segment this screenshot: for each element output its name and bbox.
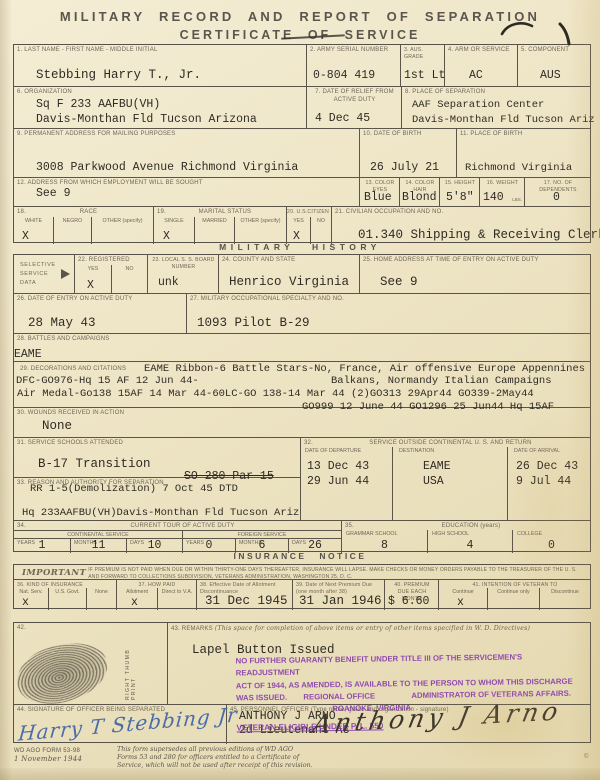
field-16-value: 140 xyxy=(483,191,504,204)
field-25-home-address: 25. HOME ADDRESS AT TIME OF ENTRY ON ACT… xyxy=(359,255,590,293)
field-40-premium: 40. PREMIUM DUE EACH MONTH $ 6.60 xyxy=(384,580,438,610)
field-2-serial: 2. ARMY SERIAL NUMBER 0-804 419 xyxy=(306,45,400,86)
field-33-line2: Hq 233AAFBU(VH)Davis-Monthan Fld Tucson … xyxy=(22,507,299,519)
field-44-officer-signature: 44. SIGNATURE OF OFFICER BEING SEPARATED… xyxy=(14,705,226,744)
row-18-21: 18. RACE WHITE X NEGRO OTHER (specify) xyxy=(14,206,590,244)
field-7-label: 7. DATE OF RELIEF FROM ACTIVE DUTY xyxy=(307,87,401,105)
field-8-value-line2: Davis-Monthan Fld Tucson Ariz xyxy=(412,114,595,126)
continue-only-label: Continue only xyxy=(488,588,539,595)
race-white-mark: X xyxy=(22,230,29,243)
field-3-value: 1st Lt xyxy=(404,69,445,82)
field-13-eyes: 13. COLOR EYES Blue xyxy=(359,178,399,206)
identity-table: 1. LAST NAME - FIRST NAME - MIDDLE INITI… xyxy=(13,44,591,243)
allotment-label: Allotment xyxy=(117,588,157,595)
field-34-tour: 34. CURRENT TOUR OF ACTIVE DUTY CONTINEN… xyxy=(14,521,341,553)
stain-left-edge xyxy=(0,0,12,780)
race-other-label: OTHER (specify) xyxy=(92,217,153,224)
marital-single-mark: X xyxy=(163,230,170,243)
field-31-value: B-17 Transition xyxy=(38,457,151,471)
field-17-value: 0 xyxy=(553,191,560,204)
field-22-subcolumns: YES X NO xyxy=(75,265,147,293)
field-2-label: 2. ARMY SERIAL NUMBER xyxy=(307,45,400,55)
field-5-value: AUS xyxy=(540,69,561,82)
continue-label: Continue xyxy=(439,588,487,595)
departure-value-2: 29 Jun 44 xyxy=(307,475,369,488)
marital-married-cell: MARRIED xyxy=(194,217,234,244)
field-21-occupation: 21. CIVILIAN OCCUPATION AND NO. 01.340 S… xyxy=(331,207,590,244)
field-3-grade: 3. AUS. GRADE 1st Lt xyxy=(400,45,444,86)
row-31-33-32: 31. SERVICE SCHOOLS ATTENDED B-17 Transi… xyxy=(14,437,590,520)
right-thumb-print-label: RIGHT THUMB PRINT xyxy=(125,628,137,700)
field-29-line1: EAME Ribbon-6 Battle Stars-No, France, A… xyxy=(144,363,585,375)
field-33-so-value: SO 280 Par 15 xyxy=(184,470,274,483)
field-33-reason: 33. REASON AND AUTHORITY FOR SEPARATION … xyxy=(14,477,300,520)
field-43-title: 43. REMARKS xyxy=(171,626,213,632)
field-20-subcolumns: YES X NO xyxy=(287,217,331,244)
field-24-county: 24. COUNTY AND STATE Henrico Virginia xyxy=(218,255,359,293)
continue-mark: x xyxy=(457,596,464,609)
field-27-specialty: 27. MILITARY OCCUPATIONAL SPECIALTY AND … xyxy=(186,294,590,333)
field-10-label: 10. DATE OF BIRTH xyxy=(360,129,456,139)
field-25-value: See 9 xyxy=(380,275,418,289)
grammar-school-label: GRAMMAR SCHOOL xyxy=(342,530,427,537)
arrival-value-2: 9 Jul 44 xyxy=(516,475,571,488)
field-15-value: 5'8" xyxy=(446,191,474,204)
race-white-cell: WHITE X xyxy=(14,217,53,244)
field-38-value: 31 Dec 1945 xyxy=(205,594,288,608)
direct-va-label: Direct to V.A. xyxy=(158,588,196,595)
discontinue-cell: Discontinue xyxy=(539,588,590,610)
field-19-subcolumns: SINGLE X MARRIED OTHER (specify) xyxy=(154,217,286,244)
field-13-value: Blue xyxy=(364,191,392,204)
race-other-cell: OTHER (specify) xyxy=(91,217,153,244)
stain-bottom-edge xyxy=(0,768,600,780)
field-12-value: See 9 xyxy=(36,187,71,200)
discontinue-label: Discontinue xyxy=(540,588,590,595)
field-36-subcolumns: Nat. Serv. x U.S. Govt. None xyxy=(14,588,116,610)
field-18-subcolumns: WHITE X NEGRO OTHER (specify) xyxy=(14,217,153,244)
destination-value-1: EAME xyxy=(423,460,451,473)
field-11-label: 11. PLACE OF BIRTH xyxy=(457,129,590,139)
field-41-intention: 41. INTENTION OF VETERAN TO Continue x C… xyxy=(438,580,590,610)
field-11-value: Richmond Virginia xyxy=(465,162,572,174)
arrival-column: DATE OF ARRIVAL 26 Dec 43 9 Jul 44 xyxy=(507,447,590,520)
destination-value-2: USA xyxy=(423,475,444,488)
arrival-value-1: 26 Dec 43 xyxy=(516,460,578,473)
registered-yes-label: YES xyxy=(75,265,111,272)
pen-marks-icon xyxy=(492,16,584,52)
marital-single-cell: SINGLE X xyxy=(154,217,194,244)
field-14-hair: 14. COLOR HAIR Blond xyxy=(399,178,439,206)
citizen-yes-mark: X xyxy=(293,230,300,243)
field-21-label: 21. CIVILIAN OCCUPATION AND NO. xyxy=(332,207,590,217)
stamp-regional-office: REGIONAL OFFICE xyxy=(303,691,375,701)
field-43-note: (This space for completion of above item… xyxy=(215,625,530,632)
field-7-date-relief: 7. DATE OF RELIEF FROM ACTIVE DUTY 4 Dec… xyxy=(306,87,401,128)
field-23-board: 23. LOCAL S. S. BOARD NUMBER unk xyxy=(147,255,218,293)
row-28: 28. BATTLES AND CAMPAIGNS EAME xyxy=(14,333,590,361)
registered-yes-mark: X xyxy=(87,279,94,292)
field-29-decorations: 29. DECORATIONS AND CITATIONS EAME Ribbo… xyxy=(14,362,590,407)
field-14-value: Blond xyxy=(402,191,437,204)
field-23-value: unk xyxy=(158,276,179,289)
college-cell: COLLEGE 0 xyxy=(512,530,590,553)
row-36-41: 36. KIND OF INSURANCE Nat. Serv. x U.S. … xyxy=(14,579,590,610)
none-cell: None xyxy=(86,588,116,610)
row-12-17: 12. ADDRESS FROM WHICH EMPLOYMENT WILL B… xyxy=(14,177,590,206)
destination-label: DESTINATION xyxy=(393,447,507,454)
field-39-value: 31 Jan 1946 xyxy=(299,594,382,608)
nat-serv-label: Nat. Serv. xyxy=(14,588,48,595)
high-school-cell: HIGH SCHOOL 4 xyxy=(427,530,512,553)
field-31-label: 31. SERVICE SCHOOLS ATTENDED xyxy=(14,438,300,448)
high-school-label: HIGH SCHOOL xyxy=(428,530,512,537)
race-white-label: WHITE xyxy=(14,217,53,224)
field-26-value: 28 May 43 xyxy=(28,316,96,330)
field-23-label: 23. LOCAL S. S. BOARD NUMBER xyxy=(148,255,218,271)
arrival-label: DATE OF ARRIVAL xyxy=(508,447,590,454)
field-39-next-premium: 39. Date of Next Premium Due (one month … xyxy=(292,580,384,610)
row-26-27: 26. DATE OF ENTRY ON ACTIVE DUTY 28 May … xyxy=(14,293,590,333)
field-17-dependents: 17. NO. OF DEPENDENTS 0 xyxy=(524,178,590,206)
field-26-label: 26. DATE OF ENTRY ON ACTIVE DUTY xyxy=(14,294,186,304)
us-govt-label: U.S. Govt. xyxy=(49,588,86,595)
arrow-right-icon xyxy=(61,269,70,279)
field-3-label: 3. AUS. GRADE xyxy=(401,45,444,61)
field-1-value: Stebbing Harry T., Jr. xyxy=(36,68,201,82)
field-19-title: MARITAL STATUS xyxy=(166,209,284,217)
nat-serv-cell: Nat. Serv. x xyxy=(14,588,48,610)
education-columns: GRAMMAR SCHOOL 8 HIGH SCHOOL 4 COLLEGE 0 xyxy=(342,530,590,553)
field-4-value: AC xyxy=(469,69,483,82)
important-row: IMPORTANT IF PREMIUM IS NOT PAID WHEN DU… xyxy=(14,565,590,579)
registered-yes-cell: YES X xyxy=(75,265,111,293)
field-8-value-line1: AAF Separation Center xyxy=(412,99,544,111)
field-29-line4: GO999 12 June 44 GO1296 25 Jun44 Hq 15AF xyxy=(302,401,554,413)
selective-line3: DATA xyxy=(20,279,74,288)
field-19-label: 19. MARITAL STATUS xyxy=(154,207,286,217)
signature-table: 42. RIGHT THUMB PRINT 43. REMARKS (This … xyxy=(13,622,591,743)
race-negro-label: NEGRO xyxy=(54,217,91,224)
field-9-value: 3008 Parkwood Avenue Richmond Virginia xyxy=(36,161,298,174)
important-text: IF PREMIUM IS NOT PAID WHEN DUE OR WITHI… xyxy=(86,565,590,579)
field-18-race: 18. RACE WHITE X NEGRO OTHER (specify) xyxy=(14,207,153,244)
field-16-label: 16. WEIGHT xyxy=(480,178,524,187)
field-26-entry-date: 26. DATE OF ENTRY ON ACTIVE DUTY 28 May … xyxy=(14,294,186,333)
field-22-registered: 22. REGISTERED YES X NO xyxy=(74,255,147,293)
field-9-address: 9. PERMANENT ADDRESS FOR MAILING PURPOSE… xyxy=(14,129,359,177)
printer-mark: © xyxy=(584,754,588,760)
field-24-label: 24. COUNTY AND STATE xyxy=(219,255,359,265)
field-20-label: 20. U.S.CITIZEN xyxy=(287,207,331,216)
citizen-no-label: NO xyxy=(311,217,331,224)
field-11-birth-place: 11. PLACE OF BIRTH Richmond Virginia xyxy=(456,129,590,177)
field-10-value: 26 July 21 xyxy=(370,161,439,174)
field-18-title: RACE xyxy=(26,209,151,217)
field-40-value: $ 6.60 xyxy=(388,595,429,608)
field-27-label: 27. MILITARY OCCUPATIONAL SPECIALTY AND … xyxy=(187,294,590,304)
field-8-label: 8. PLACE OF SEPARATION xyxy=(402,87,590,97)
form-number-block: WD AGO FORM 53-98 1 November 1944 xyxy=(14,747,82,765)
field-35-education: 35. EDUCATION (years) GRAMMAR SCHOOL 8 H… xyxy=(341,521,590,553)
field-2-value: 0-804 419 xyxy=(313,69,375,82)
field-12-employment: 12. ADDRESS FROM WHICH EMPLOYMENT WILL B… xyxy=(14,178,359,206)
field-41-subcolumns: Continue x Continue only Discontinue xyxy=(439,588,590,610)
field-6-value-line1: Sq F 233 AAFBU(VH) xyxy=(36,98,160,111)
insurance-notice-banner: INSURANCE NOTICE xyxy=(0,551,600,561)
continue-cell: Continue x xyxy=(439,588,487,610)
none-label: None xyxy=(87,588,116,595)
field-33-line1: RR 1-5(Demolization) 7 Oct 45 DTD xyxy=(30,483,238,495)
row-22-25: SELECTIVE SERVICE DATA 22. REGISTERED YE… xyxy=(14,255,590,293)
field-10-birth-date: 10. DATE OF BIRTH 26 July 21 xyxy=(359,129,456,177)
field-19-marital: 19. MARITAL STATUS SINGLE X MARRIED OTHE… xyxy=(153,207,286,244)
field-29-line2b: Balkans, Normandy Italian Campaigns xyxy=(331,375,552,387)
military-history-table: SELECTIVE SERVICE DATA 22. REGISTERED YE… xyxy=(13,254,591,552)
row-29: 29. DECORATIONS AND CITATIONS EAME Ribbo… xyxy=(14,361,590,407)
field-29-line3: Air Medal-Go138 15AF 14 Mar 44-60LC-GO 1… xyxy=(17,388,534,400)
thumbprint-image xyxy=(10,635,113,713)
continue-only-cell: Continue only xyxy=(487,588,539,610)
field-42-thumbprint: 42. RIGHT THUMB PRINT xyxy=(14,623,167,704)
field-36-kind: 36. KIND OF INSURANCE Nat. Serv. x U.S. … xyxy=(14,580,116,610)
field-20-citizen: 20. U.S.CITIZEN YES X NO xyxy=(286,207,331,244)
marital-single-label: SINGLE xyxy=(154,217,194,224)
separation-document: MILITARY RECORD AND REPORT OF SEPARATION… xyxy=(0,0,600,780)
field-19-number: 19. xyxy=(157,209,166,217)
direct-va-cell: Direct to V.A. xyxy=(157,588,196,610)
field-7-value: 4 Dec 45 xyxy=(315,112,370,125)
form-number: WD AGO FORM 53-98 xyxy=(14,747,82,755)
field-37-subcolumns: Allotment x Direct to V.A. xyxy=(117,588,196,610)
stamp-was-issued: WAS ISSUED. xyxy=(236,693,287,703)
selective-service-cell: SELECTIVE SERVICE DATA xyxy=(14,255,74,293)
departure-label: DATE OF DEPARTURE xyxy=(301,447,392,454)
citizen-no-cell: NO xyxy=(310,217,331,244)
field-28-value: EAME xyxy=(14,348,42,361)
us-govt-cell: U.S. Govt. xyxy=(48,588,86,610)
left-column-31-33: 31. SERVICE SCHOOLS ATTENDED B-17 Transi… xyxy=(14,438,300,520)
field-6-value-line2: Davis-Monthan Fld Tucson Arizona xyxy=(36,113,257,126)
row-34-35: 34. CURRENT TOUR OF ACTIVE DUTY CONTINEN… xyxy=(14,520,590,553)
field-9-label: 9. PERMANENT ADDRESS FOR MAILING PURPOSE… xyxy=(14,129,359,139)
grammar-school-cell: GRAMMAR SCHOOL 8 xyxy=(342,530,427,553)
field-28-battles: 28. BATTLES AND CAMPAIGNS EAME xyxy=(14,334,590,361)
field-38-discontinuance: 38. Effective Date of Allotment Disconti… xyxy=(196,580,292,610)
departure-value-1: 13 Dec 43 xyxy=(307,460,369,473)
field-24-value: Henrico Virginia xyxy=(229,275,349,289)
form-date: 1 November 1944 xyxy=(14,755,82,764)
field-15-height: 15. HEIGHT 5'8" xyxy=(439,178,479,206)
field-1-name: 1. LAST NAME - FIRST NAME - MIDDLE INITI… xyxy=(14,45,306,86)
marital-other-label: OTHER (specify) xyxy=(235,217,286,224)
field-37-how-paid: 37. HOW PAID Allotment x Direct to V.A. xyxy=(116,580,196,610)
field-43-label: 43. REMARKS (This space for completion o… xyxy=(168,623,590,634)
field-6-label: 6. ORGANIZATION xyxy=(14,87,306,97)
field-8-place-separation: 8. PLACE OF SEPARATION AAF Separation Ce… xyxy=(401,87,590,128)
field-28-label: 28. BATTLES AND CAMPAIGNS xyxy=(14,334,590,344)
field-32-overseas: 32. SERVICE OUTSIDE CONTINENTAL U. S. AN… xyxy=(300,438,590,520)
field-6-organization: 6. ORGANIZATION Sq F 233 AAFBU(VH) Davis… xyxy=(14,87,306,128)
race-negro-cell: NEGRO xyxy=(53,217,91,244)
college-label: COLLEGE xyxy=(513,530,590,537)
field-29-label: 29. DECORATIONS AND CITATIONS xyxy=(17,364,128,374)
field-32-subcolumns: DATE OF DEPARTURE 13 Dec 43 29 Jun 44 DE… xyxy=(301,447,590,520)
insurance-table: IMPORTANT IF PREMIUM IS NOT PAID WHEN DU… xyxy=(13,564,591,609)
important-label: IMPORTANT xyxy=(14,565,86,579)
destination-column: DESTINATION EAME USA xyxy=(392,447,507,520)
field-15-label: 15. HEIGHT xyxy=(440,178,479,187)
field-27-value: 1093 Pilot B-29 xyxy=(197,316,310,330)
registered-no-cell: NO xyxy=(111,265,147,293)
military-history-banner: MILITARY HISTORY xyxy=(0,242,600,252)
field-21-value: 01.340 Shipping & Receiving Clerk xyxy=(358,228,600,242)
departure-column: DATE OF DEPARTURE 13 Dec 43 29 Jun 44 xyxy=(301,447,392,520)
registered-no-label: NO xyxy=(112,265,147,272)
field-1-label: 1. LAST NAME - FIRST NAME - MIDDLE INITI… xyxy=(14,45,306,55)
field-30-value: None xyxy=(42,419,72,433)
marital-other-cell: OTHER (specify) xyxy=(234,217,286,244)
field-16-weight: 16. WEIGHT 140 LBS. xyxy=(479,178,524,206)
field-18-number: 18. xyxy=(17,209,26,217)
field-18-label: 18. RACE xyxy=(14,207,153,217)
footer-note: This form supersedes all previous editio… xyxy=(117,745,315,770)
citizen-yes-cell: YES X xyxy=(287,217,310,244)
field-29-line2: DFC-GO976-Hq 15 AF 12 Jun 44- xyxy=(16,375,199,387)
citizen-yes-label: YES xyxy=(287,217,310,224)
allotment-mark: x xyxy=(131,596,138,609)
row-9-11: 9. PERMANENT ADDRESS FOR MAILING PURPOSE… xyxy=(14,128,590,177)
nat-serv-mark: x xyxy=(22,596,29,609)
field-25-label: 25. HOME ADDRESS AT TIME OF ENTRY ON ACT… xyxy=(360,255,590,265)
marital-married-label: MARRIED xyxy=(195,217,234,224)
field-22-label: 22. REGISTERED xyxy=(75,255,147,265)
field-16-unit: LBS. xyxy=(512,197,522,202)
allotment-cell: Allotment x xyxy=(117,588,157,610)
field-42-number: 42. xyxy=(14,623,167,633)
row-6-8: 6. ORGANIZATION Sq F 233 AAFBU(VH) Davis… xyxy=(14,86,590,128)
